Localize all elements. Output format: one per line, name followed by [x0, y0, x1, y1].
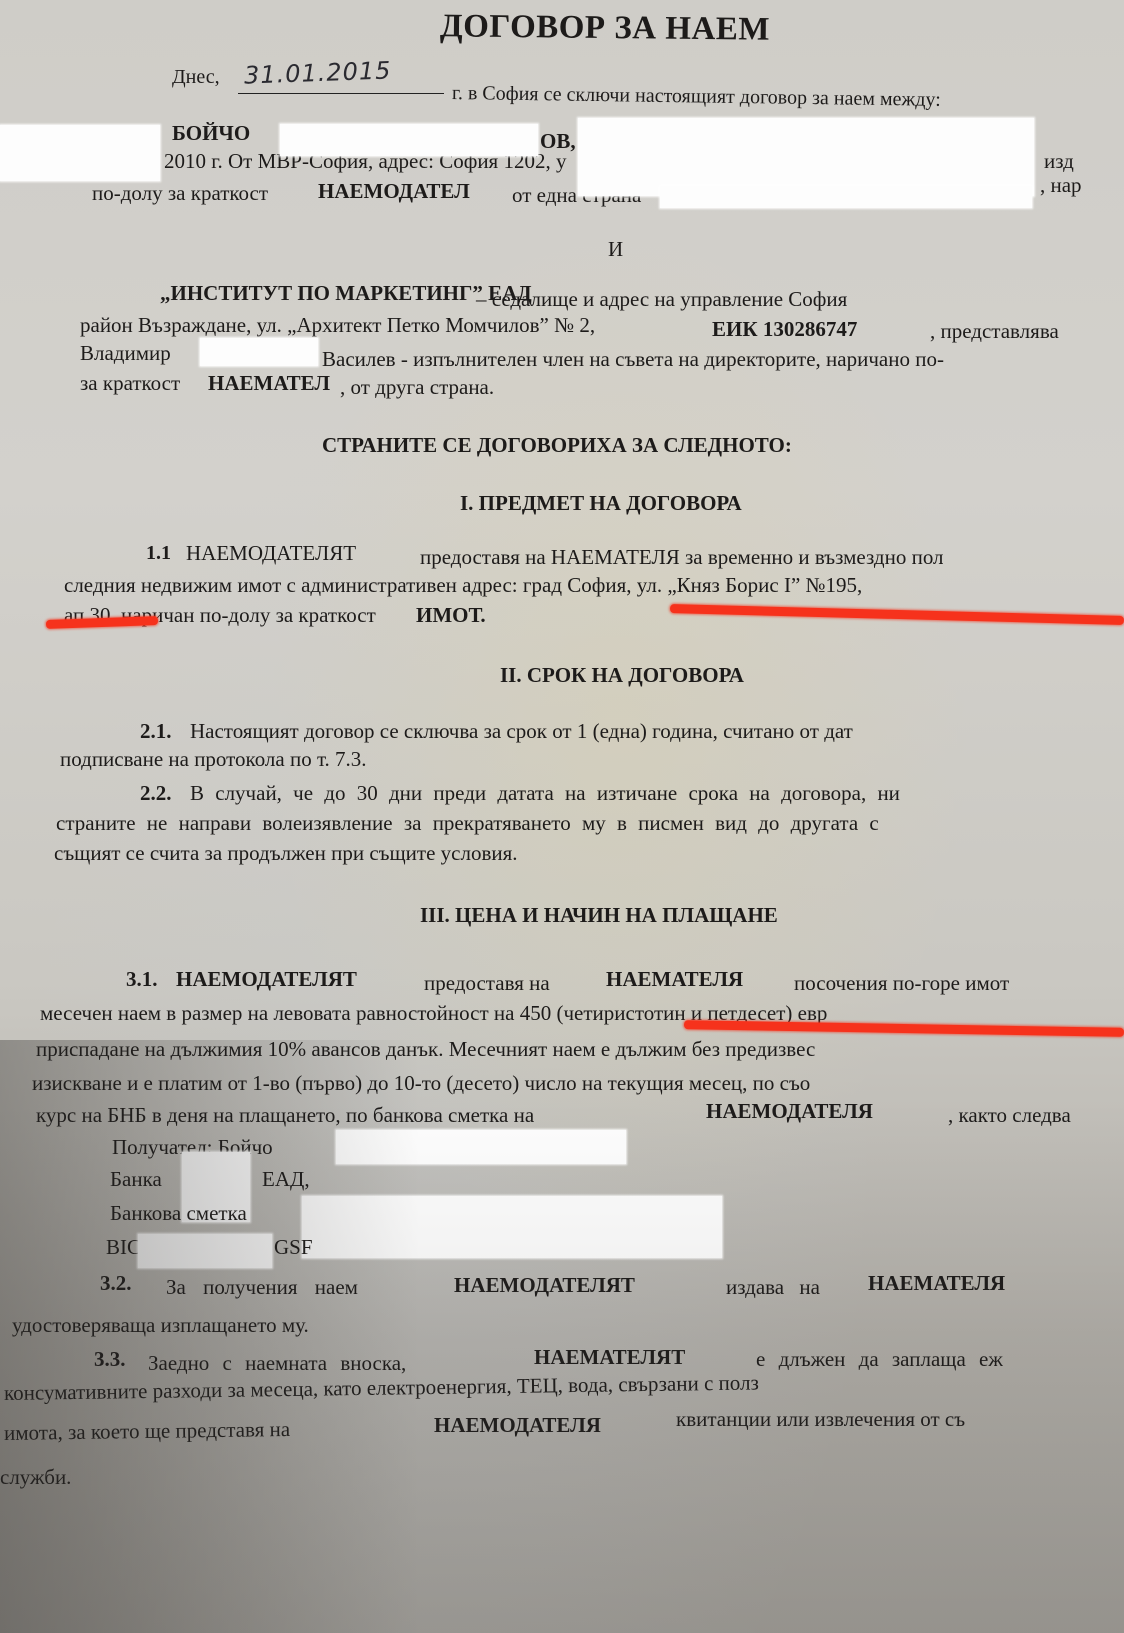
- payment-bic-suffix: GSF: [274, 1234, 313, 1260]
- clause-3-2-text: За получения наем: [166, 1274, 358, 1300]
- party2-eik: ЕИК 130286747: [712, 316, 857, 342]
- payment-bank-suffix: ЕАД,: [262, 1166, 310, 1192]
- party1-line3-prefix: по-долу за краткост: [92, 180, 268, 206]
- intro-suffix: г. в София се сключи настоящият договор …: [452, 80, 941, 113]
- party2-line4-pre: за краткост: [80, 370, 180, 396]
- redaction-block: [336, 1130, 626, 1164]
- redaction-block: [200, 338, 318, 366]
- red-highlight-mark: [684, 1020, 1124, 1037]
- party2-line3-pre: Владимир: [80, 340, 171, 366]
- clause-number: 3.1.: [126, 966, 158, 992]
- clause-3-1-line4: изискване и е платим от 1-во (първо) до …: [32, 1070, 810, 1096]
- clause-3-1-line5-post: , както следва: [948, 1102, 1071, 1128]
- redaction-block: [302, 1196, 722, 1258]
- clause-1-1-party: НАЕМОДАТЕЛЯТ: [186, 540, 356, 566]
- party1-name: БОЙЧО: [172, 120, 250, 146]
- document-page: ДОГОВОР ЗА НАЕМ Днес, 31.01.2015 г. в Со…: [0, 0, 1124, 1633]
- clause-2-2-line2: страните не направи волеизявление за пре…: [56, 810, 879, 836]
- party2-role: НАЕМАТЕЛ: [208, 370, 330, 396]
- clause-3-1-text2: посочения по-горе имот: [794, 970, 1009, 996]
- section-3-heading: III. ЦЕНА И НАЧИН НА ПЛАЩАНЕ: [420, 902, 778, 928]
- clause-1-1-line2: следния недвижим имот с административен …: [64, 572, 862, 598]
- clause-3-2-line2: удостоверяваща изплащането му.: [12, 1312, 309, 1338]
- payment-account: Банкова сметка: [110, 1200, 247, 1226]
- clause-2-1-text: Настоящият договор се сключва за срок от…: [190, 718, 853, 744]
- clause-number: 2.2.: [140, 780, 172, 806]
- clause-number: 1.1: [146, 540, 171, 566]
- payment-bic: BIC: [106, 1234, 141, 1260]
- party1-role: НАЕМОДАТЕЛ: [318, 178, 470, 204]
- document-title: ДОГОВОР ЗА НАЕМ: [440, 8, 770, 48]
- party2-line3-post: Василев - изпълнителен член на съвета на…: [322, 346, 944, 372]
- redaction-block: [280, 124, 538, 156]
- clause-3-3-text: Заедно с наемната вноска,: [148, 1350, 406, 1376]
- clause-3-2-landlord: НАЕМОДАТЕЛЯТ: [454, 1272, 635, 1298]
- red-highlight-mark: [670, 604, 1124, 625]
- clause-number: 3.2.: [100, 1270, 132, 1296]
- redaction-block: [660, 186, 1032, 208]
- agreement-heading: СТРАНИТЕ СЕ ДОГОВОРИХА ЗА СЛЕДНОТО:: [322, 432, 792, 458]
- clause-3-1-text: предоставя на: [424, 970, 550, 996]
- intro-prefix: Днес,: [172, 64, 220, 90]
- redaction-block: [578, 118, 1034, 196]
- clause-number: 3.3.: [94, 1346, 126, 1372]
- clause-3-1-party: НАЕМОДАТЕЛЯТ: [176, 966, 357, 992]
- clause-1-1-text: предоставя на НАЕМАТЕЛЯ за временно и въ…: [420, 544, 944, 570]
- date-underline: [238, 93, 444, 94]
- clause-3-1-line5: курс на БНБ в деня на плащането, по банк…: [36, 1102, 534, 1128]
- party2-line1-rest: – седалище и адрес на управление София: [476, 286, 847, 312]
- party1-line2-right: изд: [1044, 148, 1074, 174]
- clause-2-2-line3: същият се счита за продължен при същите …: [54, 840, 518, 866]
- clause-2-1-line2: подписване на протокола по т. 7.3.: [60, 746, 367, 772]
- clause-1-1-property: ИМОТ.: [416, 602, 486, 628]
- clause-3-3-line2: консумативните разходи за месеца, като е…: [4, 1369, 759, 1406]
- section-2-heading: II. СРОК НА ДОГОВОРА: [500, 662, 744, 688]
- clause-2-2-text: В случай, че до 30 дни преди датата на и…: [190, 780, 900, 806]
- clause-3-1-tenant: НАЕМАТЕЛЯ: [606, 966, 743, 992]
- party2-line4-post: , от друга страна.: [340, 374, 494, 400]
- clause-3-3-line3: имота, за което ще представя на: [4, 1416, 290, 1446]
- clause-3-2-text2: издава на: [726, 1274, 820, 1300]
- party2-line2-pre: район Възраждане, ул. „Архитект Петко Мо…: [80, 312, 595, 338]
- redaction-block: [0, 125, 160, 181]
- clause-3-3-landlord: НАЕМОДАТЕЛЯ: [434, 1412, 601, 1438]
- handwritten-date: 31.01.2015: [244, 57, 392, 88]
- clause-3-1-landlord: НАЕМОДАТЕЛЯ: [706, 1098, 873, 1124]
- party2-line2-post: , представлява: [930, 318, 1059, 344]
- clause-3-3-text2: е длъжен да заплаща еж: [756, 1346, 1003, 1372]
- conjunction: И: [608, 236, 623, 262]
- clause-3-3-line3-post: квитанции или извлечения от съ: [676, 1406, 965, 1432]
- clause-3-3-tenant: НАЕМАТЕЛЯТ: [534, 1344, 685, 1370]
- payment-bank: Банка: [110, 1166, 162, 1192]
- section-1-heading: I. ПРЕДМЕТ НА ДОГОВОРА: [460, 490, 742, 516]
- redaction-block: [138, 1234, 272, 1268]
- clause-3-1-line3: приспадане на дължимия 10% авансов данък…: [36, 1036, 815, 1062]
- clause-number: 2.1.: [140, 718, 172, 744]
- clause-3-3-line4: служби.: [0, 1464, 71, 1490]
- party1-line3-right: , нар: [1040, 172, 1082, 198]
- clause-3-2-tenant: НАЕМАТЕЛЯ: [868, 1270, 1005, 1296]
